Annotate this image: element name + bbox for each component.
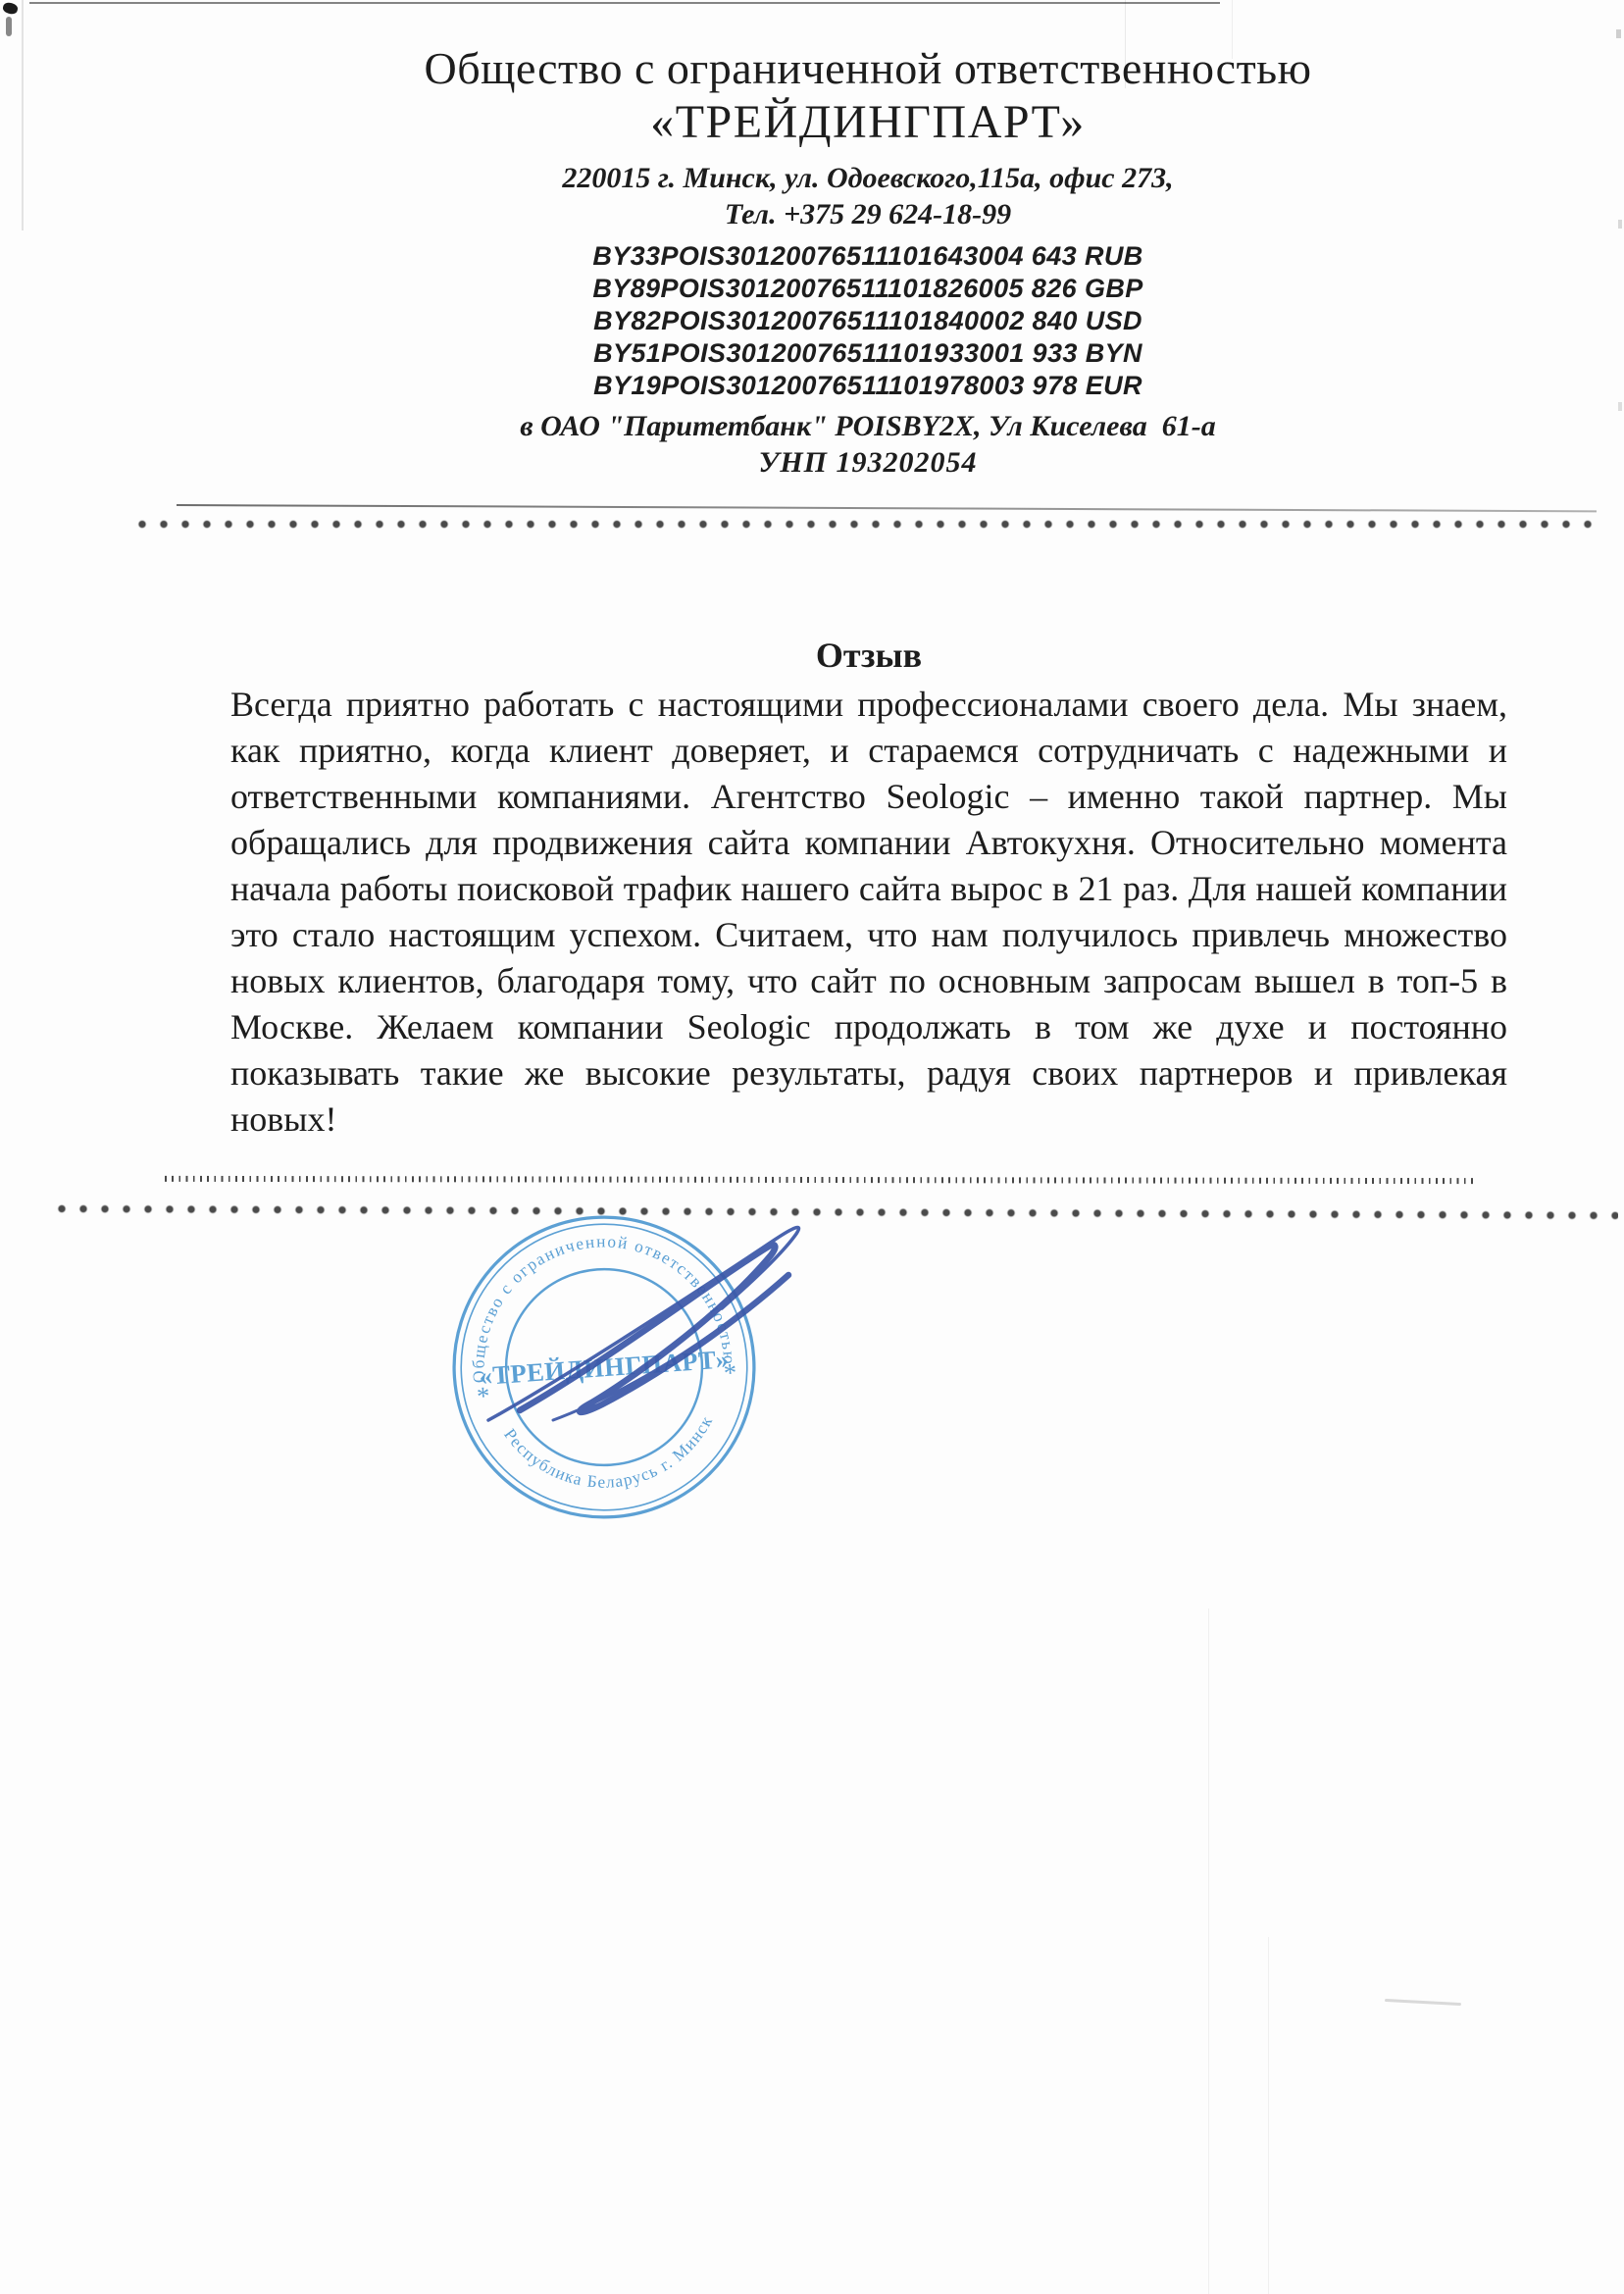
scan-edge-tick-3 [1618, 402, 1622, 411]
bank-account-usd: BY82POIS30120076511101840002 840 USD [230, 305, 1505, 337]
scan-edge-line-top [29, 2, 1220, 4]
company-name-line: «ТРЕЙДИНГПАРТ» [230, 96, 1505, 149]
review-section: Отзыв Всегда приятно работать с настоящи… [230, 634, 1507, 1143]
scan-streak-3 [1208, 1608, 1209, 2294]
scan-edge-line-left [22, 0, 24, 230]
scan-smudge-bottom-right [1385, 1999, 1461, 2006]
address-line: 220015 г. Минск, ул. Одоевского,115а, оф… [230, 161, 1505, 196]
scan-streak-4 [1268, 1937, 1269, 2294]
bank-account-eur: BY19POIS30120076511101978003 978 EUR [230, 370, 1505, 402]
signature-ink-icon [459, 1218, 832, 1444]
bank-account-rub: BY33POIS30120076511101643004 643 RUB [230, 240, 1505, 273]
header-rule-line [177, 504, 1597, 512]
scan-edge-tick-1 [1616, 29, 1621, 38]
scanned-document-page: Общество с ограниченной ответственностью… [0, 0, 1624, 2294]
fine-dashed-divider [165, 1176, 1475, 1184]
bank-account-byn: BY51POIS30120076511101933001 933 BYN [230, 337, 1505, 370]
handwritten-signature [459, 1218, 832, 1444]
unp-line: УНП 193202054 [230, 445, 1505, 481]
bank-accounts-list: BY33POIS30120076511101643004 643 RUB BY8… [230, 240, 1505, 402]
scan-ink-blotch-small [6, 17, 12, 36]
company-type-line: Общество с ограниченной ответственностью [230, 43, 1505, 94]
review-body: Всегда приятно работать с настоящими про… [230, 682, 1507, 1143]
dotted-divider-top [137, 519, 1602, 530]
scan-edge-tick-2 [1618, 220, 1622, 229]
dotted-divider-bottom [57, 1203, 1618, 1221]
scan-ink-blotch [2, 1, 19, 15]
bank-name-line: в ОАО "Паритетбанк" POISBY2X, Ул Киселев… [230, 409, 1505, 444]
phone-line: Тел. +375 29 624-18-99 [230, 197, 1505, 232]
review-title: Отзыв [230, 634, 1507, 677]
letterhead: Общество с ограниченной ответственностью… [230, 43, 1505, 481]
bank-account-gbp: BY89POIS30120076511101826005 826 GBP [230, 273, 1505, 305]
